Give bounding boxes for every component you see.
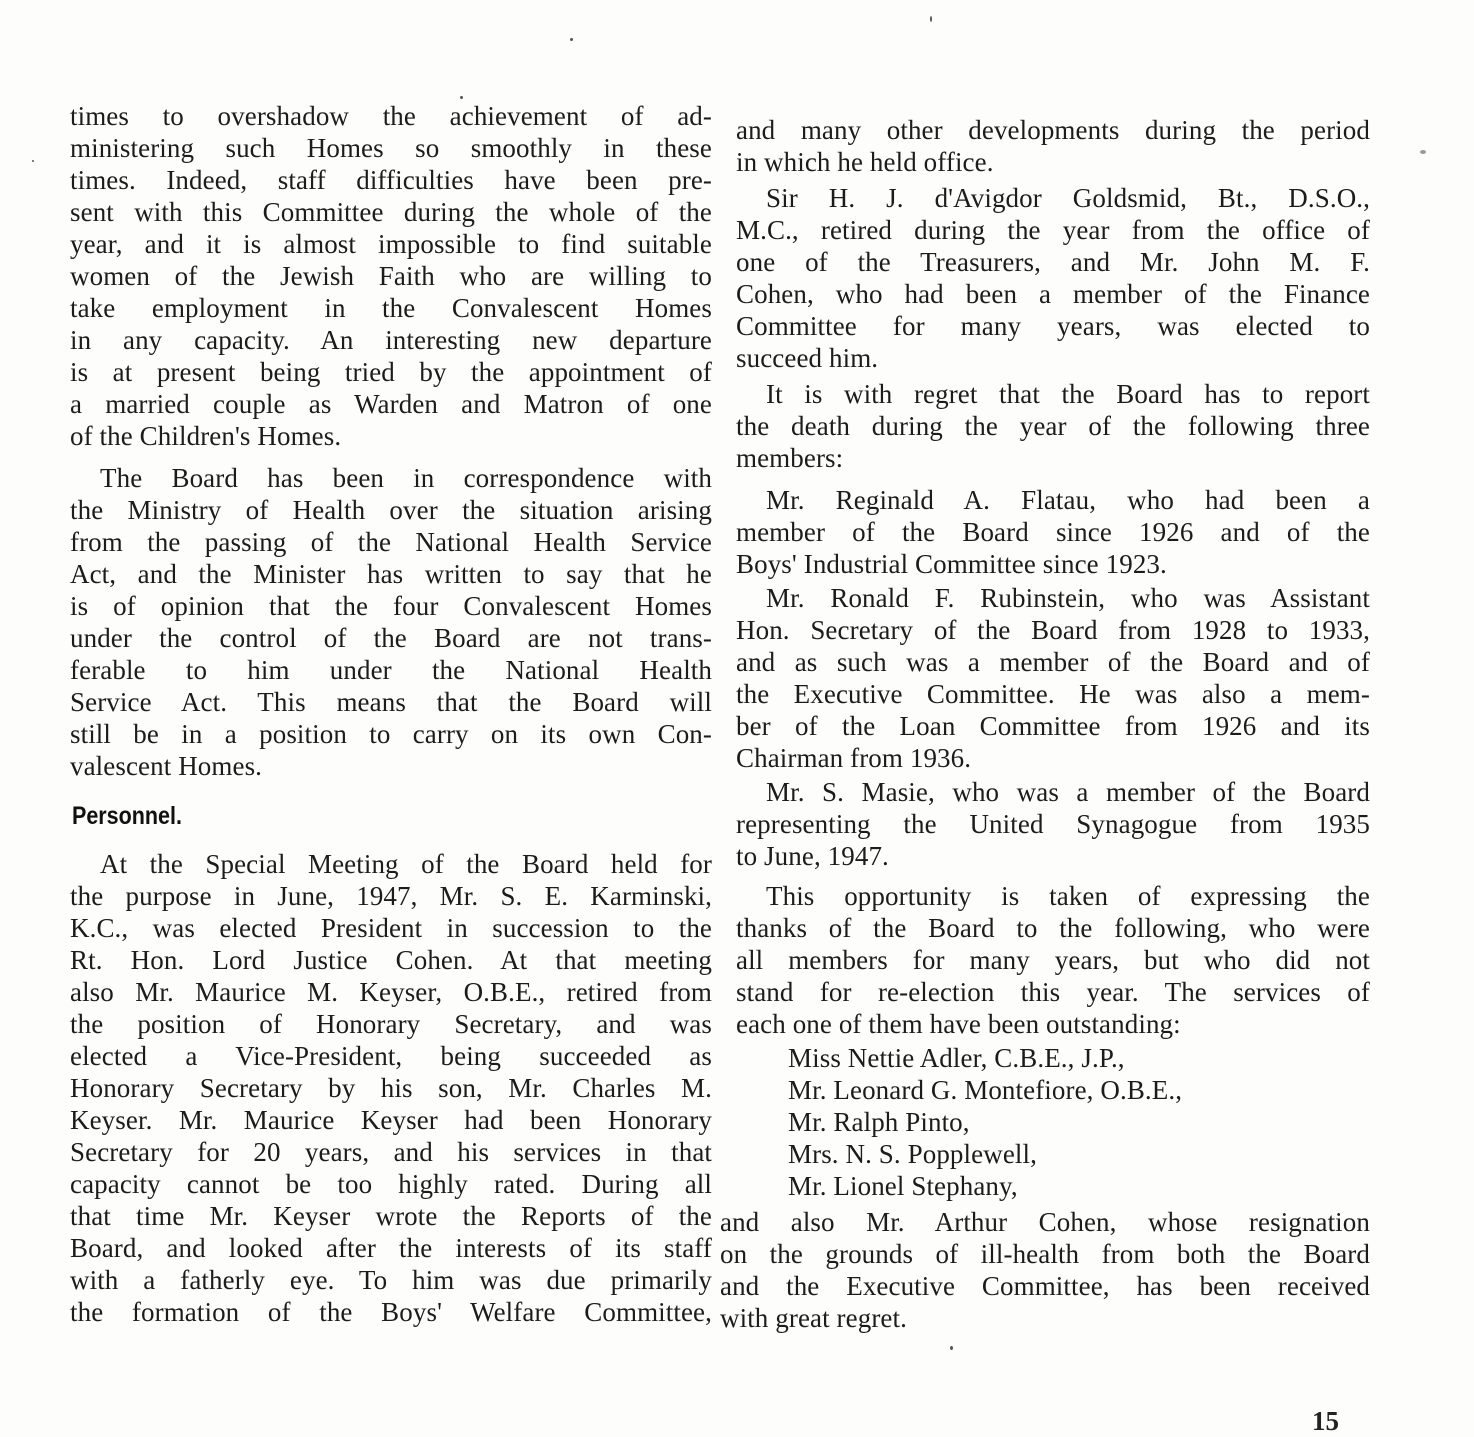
text-line: Service Act. This means that the Board w… — [70, 686, 712, 718]
text-line: This opportunity is taken of expressing … — [736, 880, 1370, 912]
text-line: still be in a position to carry on its o… — [70, 718, 712, 750]
text-line: under the control of the Board are not t… — [70, 622, 712, 654]
text-line: times. Indeed, staff difficulties have b… — [70, 164, 712, 196]
text-line: that time Mr. Keyser wrote the Reports o… — [70, 1200, 712, 1232]
text-line: Act, and the Minister has written to say… — [70, 558, 712, 590]
text-line: Mr. Reginald A. Flatau, who had been a — [736, 484, 1370, 516]
text-line: Keyser. Mr. Maurice Keyser had been Hono… — [70, 1104, 712, 1136]
member-list-item: Mrs. N. S. Popplewell, — [736, 1138, 1370, 1170]
member-list-item: Miss Nettie Adler, C.B.E., J.P., — [736, 1042, 1370, 1074]
text-line: stand for re-election this year. The ser… — [736, 976, 1370, 1008]
text-line: The Board has been in correspondence wit… — [70, 462, 712, 494]
scan-speck — [32, 160, 34, 162]
text-line: and many other developments during the p… — [736, 114, 1370, 146]
text-line: the purpose in June, 1947, Mr. S. E. Kar… — [70, 880, 712, 912]
text-line: women of the Jewish Faith who are willin… — [70, 260, 712, 292]
text-line: to June, 1947. — [736, 840, 1370, 872]
text-line: representing the United Synagogue from 1… — [736, 808, 1370, 840]
text-line: a married couple as Warden and Matron of… — [70, 388, 712, 420]
text-line: ferable to him under the National Health — [70, 654, 712, 686]
scan-speck — [570, 38, 573, 41]
text-line: Boys' Industrial Committee since 1923. — [736, 548, 1370, 580]
text-line: succeed him. — [736, 342, 1370, 374]
text-line: It is with regret that the Board has to … — [736, 378, 1370, 410]
text-line: also Mr. Maurice M. Keyser, O.B.E., reti… — [70, 976, 712, 1008]
text-line: Hon. Secretary of the Board from 1928 to… — [736, 614, 1370, 646]
page-number: 15 — [1312, 1406, 1339, 1436]
text-line: all members for many years, but who did … — [736, 944, 1370, 976]
text-line: Chairman from 1936. — [736, 742, 1370, 774]
text-line: Mr. Ronald F. Rubinstein, who was Assist… — [736, 582, 1370, 614]
text-line: from the passing of the National Health … — [70, 526, 712, 558]
text-line: Sir H. J. d'Avigdor Goldsmid, Bt., D.S.O… — [736, 182, 1370, 214]
text-line: of the Children's Homes. — [70, 420, 712, 452]
text-line: the position of Honorary Secretary, and … — [70, 1008, 712, 1040]
text-line: members: — [736, 442, 1370, 474]
text-line: thanks of the Board to the following, wh… — [736, 912, 1370, 944]
text-line: Rt. Hon. Lord Justice Cohen. At that mee… — [70, 944, 712, 976]
scan-speck — [460, 96, 463, 99]
text-line: Mr. S. Masie, who was a member of the Bo… — [736, 776, 1370, 808]
text-line: the death during the year of the followi… — [736, 410, 1370, 442]
text-line: the Ministry of Health over the situatio… — [70, 494, 712, 526]
text-line: and as such was a member of the Board an… — [736, 646, 1370, 678]
text-line: on the grounds of ill-health from both t… — [720, 1238, 1370, 1270]
section-heading-personnel: Personnel. — [72, 800, 182, 832]
text-line: times to overshadow the achievement of a… — [70, 100, 712, 132]
text-line: Secretary for 20 years, and his services… — [70, 1136, 712, 1168]
text-line: Honorary Secretary by his son, Mr. Charl… — [70, 1072, 712, 1104]
text-line: the formation of the Boys' Welfare Commi… — [70, 1296, 712, 1328]
text-line: with a fatherly eye. To him was due prim… — [70, 1264, 712, 1296]
text-line: K.C., was elected President in successio… — [70, 912, 712, 944]
text-line: take employment in the Convalescent Home… — [70, 292, 712, 324]
text-line: M.C., retired during the year from the o… — [736, 214, 1370, 246]
member-list-item: Mr. Leonard G. Montefiore, O.B.E., — [736, 1074, 1370, 1106]
text-line: ministering such Homes so smoothly in th… — [70, 132, 712, 164]
document-page: times to overshadow the achievement of a… — [0, 0, 1474, 1437]
text-line: capacity cannot be too highly rated. Dur… — [70, 1168, 712, 1200]
text-line: Committee for many years, was elected to — [736, 310, 1370, 342]
text-line: ber of the Loan Committee from 1926 and … — [736, 710, 1370, 742]
member-list-item: Mr. Ralph Pinto, — [736, 1106, 1370, 1138]
text-line: and also Mr. Arthur Cohen, whose resigna… — [720, 1206, 1370, 1238]
scan-speck — [950, 1346, 953, 1350]
text-line: in which he held office. — [736, 146, 1370, 178]
text-line: elected a Vice-President, being succeede… — [70, 1040, 712, 1072]
text-line: with great regret. — [720, 1302, 1370, 1334]
text-line: year, and it is almost impossible to fin… — [70, 228, 712, 260]
text-line: member of the Board since 1926 and of th… — [736, 516, 1370, 548]
text-line: At the Special Meeting of the Board held… — [70, 848, 712, 880]
text-line: and the Executive Committee, has been re… — [720, 1270, 1370, 1302]
text-line: each one of them have been outstanding: — [736, 1008, 1370, 1040]
text-line: is at present being tried by the appoint… — [70, 356, 712, 388]
text-line: in any capacity. An interesting new depa… — [70, 324, 712, 356]
scan-speck — [930, 16, 932, 22]
text-line: valescent Homes. — [70, 750, 712, 782]
member-list-item: Mr. Lionel Stephany, — [736, 1170, 1370, 1202]
scan-speck — [1420, 150, 1426, 154]
text-line: one of the Treasurers, and Mr. John M. F… — [736, 246, 1370, 278]
text-line: the Executive Committee. He was also a m… — [736, 678, 1370, 710]
text-line: sent with this Committee during the whol… — [70, 196, 712, 228]
text-line: Board, and looked after the interests of… — [70, 1232, 712, 1264]
text-line: Cohen, who had been a member of the Fina… — [736, 278, 1370, 310]
text-line: is of opinion that the four Convalescent… — [70, 590, 712, 622]
